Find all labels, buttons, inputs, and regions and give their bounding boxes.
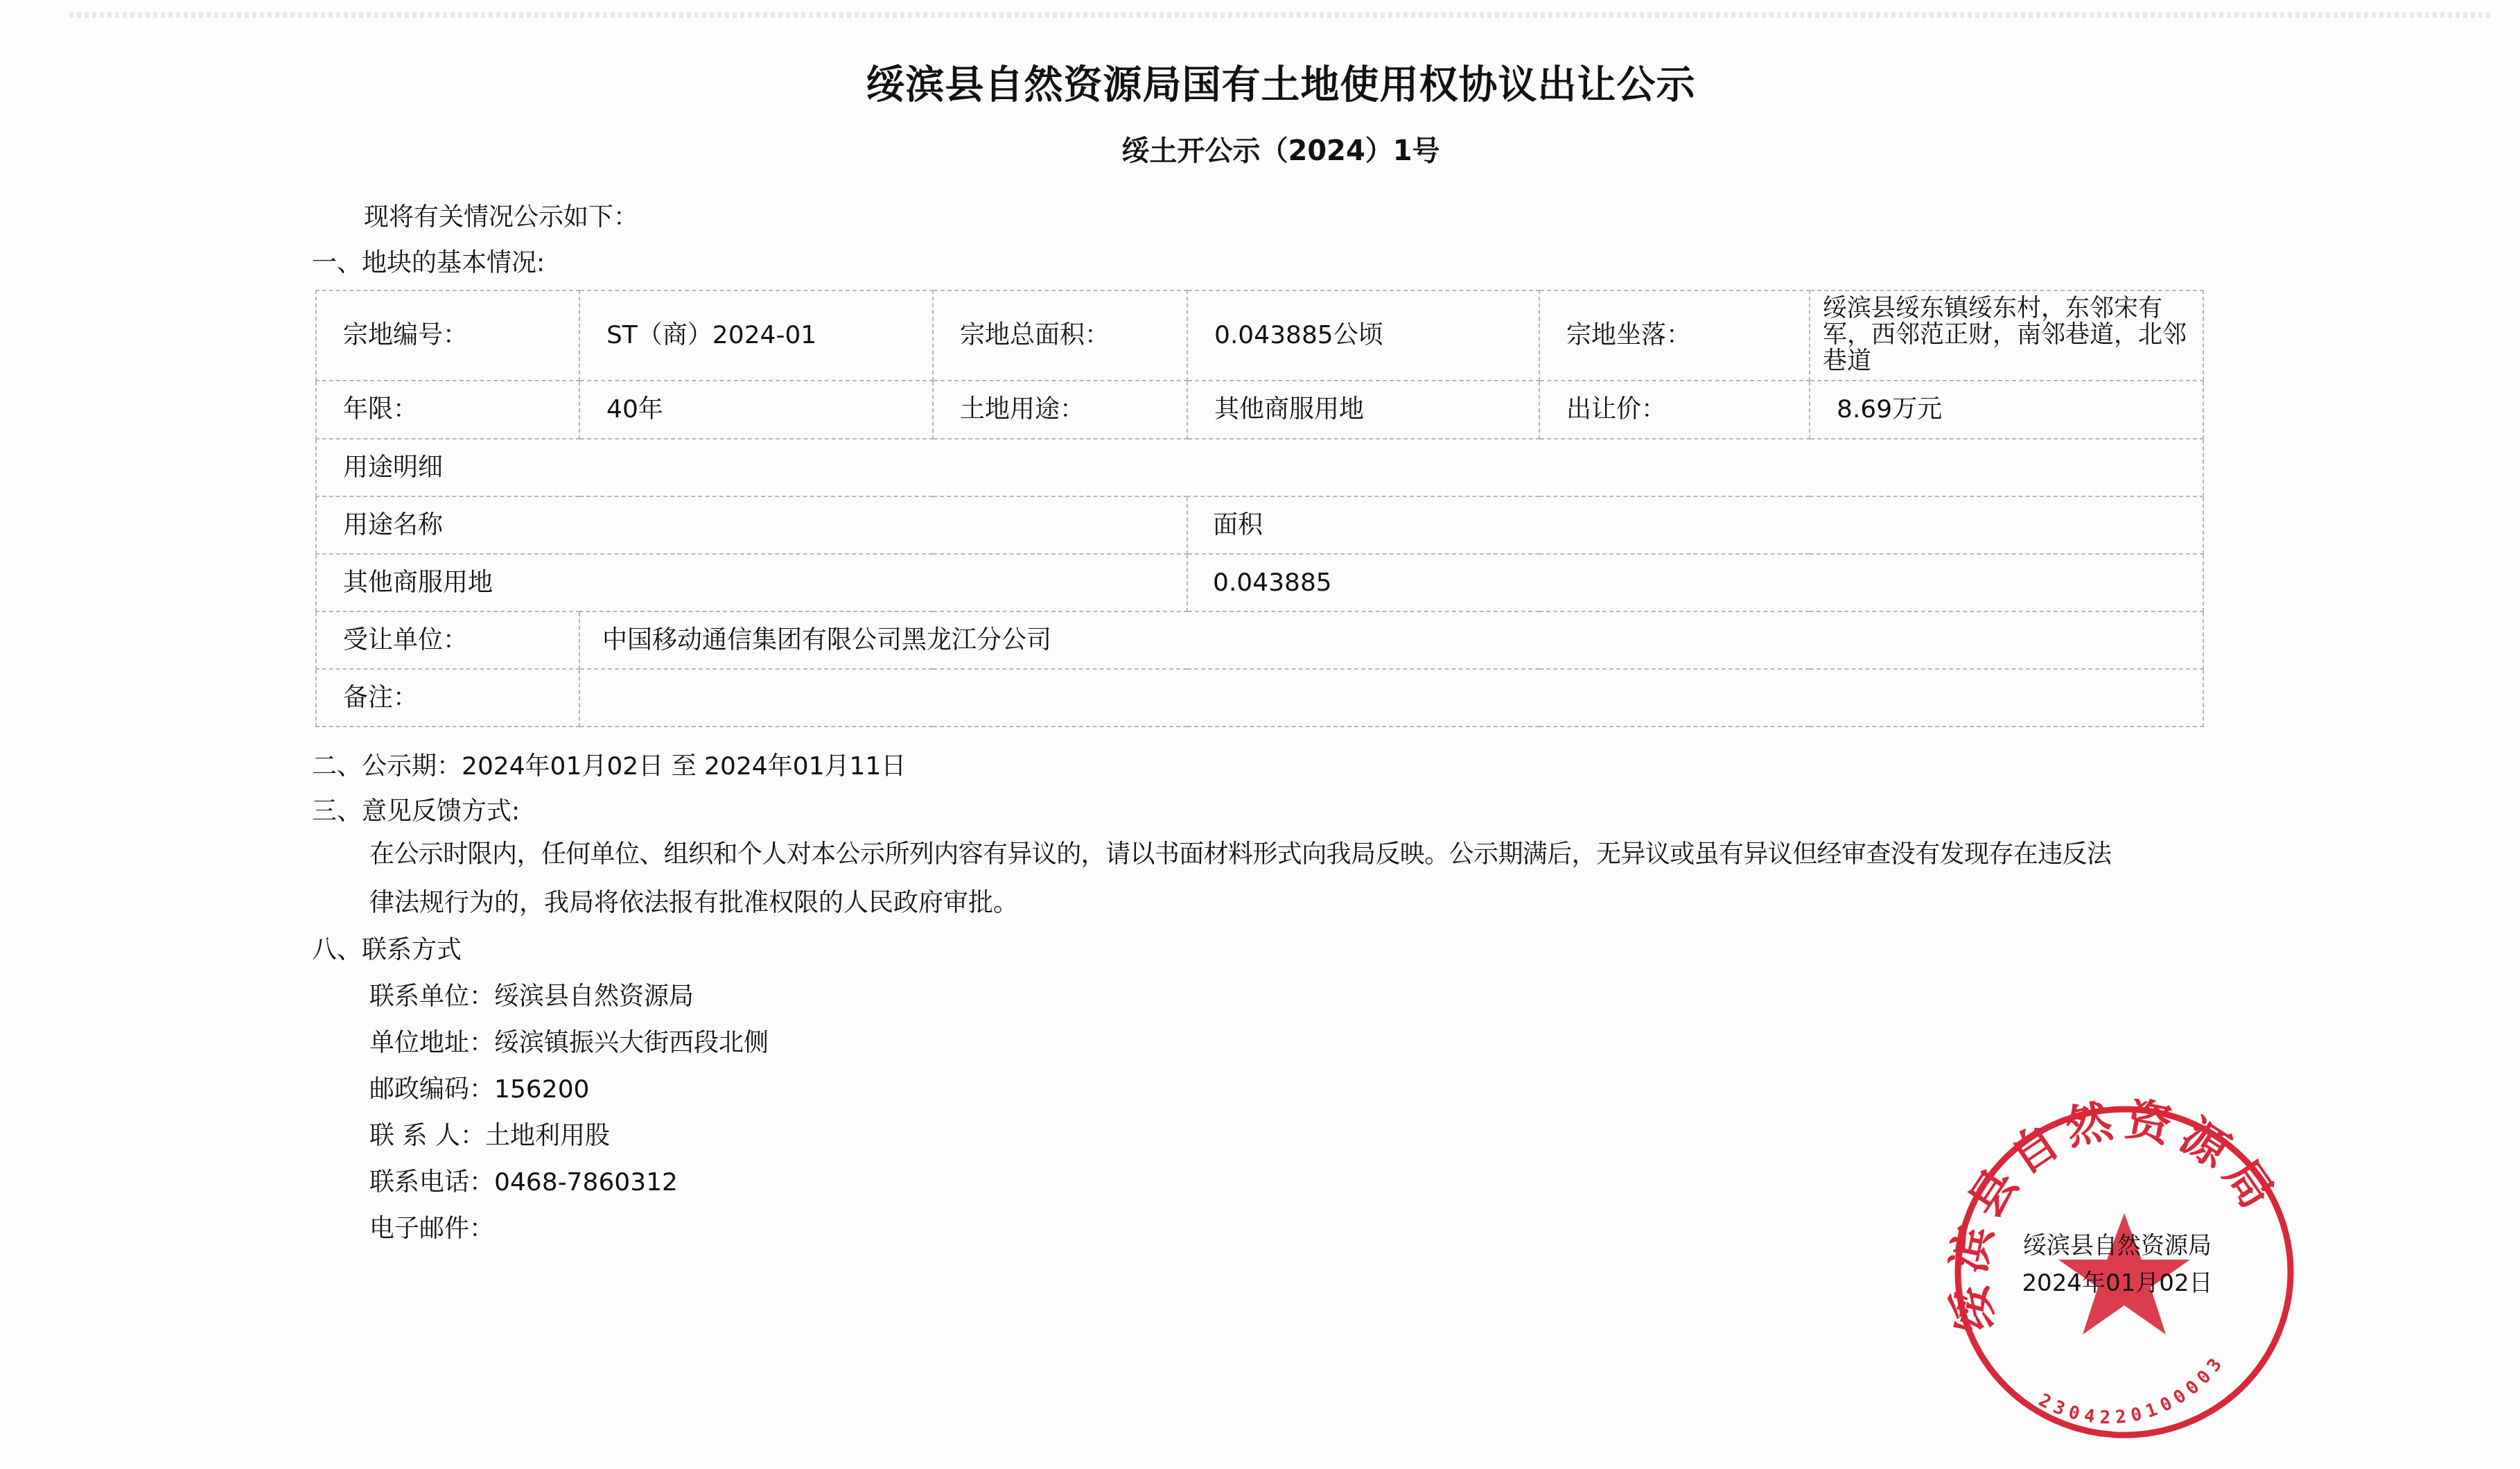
contact-label: 联 系 人： <box>369 1122 485 1150</box>
total-area-value: 0.043885公顷 <box>1187 290 1539 381</box>
section1-heading: 一、地块的基本情况: <box>312 251 545 276</box>
total-area-label: 宗地总面积： <box>933 290 1187 381</box>
location-value: 绥滨县绥东镇绥东村，东邻宋有军，西邻范正财，南邻巷道，北邻巷道 <box>1810 290 2203 381</box>
remarks-value <box>579 669 2203 727</box>
contact-label: 联系电话： <box>369 1168 494 1197</box>
contact-value: 绥滨镇振兴大街西段北侧 <box>494 1029 769 1057</box>
assignee-value: 中国移动通信集团有限公司黑龙江分公司 <box>579 611 2203 669</box>
table-row: 备注： <box>316 669 2203 727</box>
land-use-label: 土地用途： <box>933 381 1187 439</box>
contact-item-person: 联 系 人：土地利用股 <box>369 1124 610 1149</box>
table-row: 用途明细 <box>316 439 2203 496</box>
contact-value: 绥滨县自然资源局 <box>494 982 694 1011</box>
use-area-header: 面积 <box>1187 496 2203 554</box>
location-label: 宗地坐落： <box>1539 290 1810 381</box>
contact-item-address: 单位地址：绥滨镇振兴大街西段北侧 <box>369 1031 769 1056</box>
signature-date: 2024年01月02日 <box>2000 1264 2235 1302</box>
contact-item-email: 电子邮件： <box>369 1217 494 1242</box>
table-row: 其他商服用地 0.043885 <box>316 554 2203 611</box>
parcel-no-label: 宗地编号： <box>316 290 579 381</box>
term-value: 40年 <box>579 381 933 439</box>
contact-label: 联系单位： <box>369 982 494 1011</box>
signature-org: 绥滨县自然资源局 <box>2000 1227 2235 1264</box>
section3-body-line2: 律法规行为的，我局将依法报有批准权限的人民政府审批。 <box>369 891 1018 916</box>
use-name-cell: 其他商服用地 <box>316 554 1187 611</box>
table-row: 受让单位： 中国移动通信集团有限公司黑龙江分公司 <box>316 611 2203 669</box>
document-number: 绥土开公示（2024）1号 <box>0 129 2520 168</box>
contact-label: 单位地址： <box>369 1029 494 1057</box>
land-use-value: 其他商服用地 <box>1187 381 1539 439</box>
use-area-cell: 0.043885 <box>1187 554 2203 611</box>
use-detail-label: 用途明细 <box>316 439 2203 496</box>
section8-heading: 八、联系方式 <box>312 938 462 963</box>
intro-text: 现将有关情况公示如下： <box>364 205 638 230</box>
contact-label: 邮政编码： <box>369 1075 494 1104</box>
table-row: 用途名称 面积 <box>316 496 2203 554</box>
section2-publicity-period: 二、公示期：2024年01月02日 至 2024年01月11日 <box>312 754 906 779</box>
section3-body-line1: 在公示时限内，任何单位、组织和个人对本公示所列内容有异议的，请以书面材料形式向我… <box>369 842 2111 867</box>
contact-item-postcode: 邮政编码：156200 <box>369 1077 589 1102</box>
parcel-no-value: ST（商）2024-01 <box>579 290 933 381</box>
contact-item-unit: 联系单位：绥滨县自然资源局 <box>369 984 694 1009</box>
contact-value: 0468-7860312 <box>494 1168 678 1197</box>
page-title: 绥滨县自然资源局国有土地使用权协议出让公示 <box>0 54 2520 110</box>
term-label: 年限： <box>316 381 579 439</box>
signature-block: 绥滨县自然资源局 2024年01月02日 <box>2000 1227 2235 1303</box>
scan-artifact <box>69 12 2492 18</box>
contact-value: 156200 <box>494 1075 589 1104</box>
contact-label: 电子邮件： <box>369 1215 494 1243</box>
table-row: 年限： 40年 土地用途： 其他商服用地 出让价： 8.69万元 <box>316 381 2203 439</box>
section3-heading: 三、意见反馈方式: <box>312 799 520 824</box>
price-value: 8.69万元 <box>1810 381 2203 439</box>
contact-value: 土地利用股 <box>485 1122 610 1150</box>
contact-item-phone: 联系电话：0468-7860312 <box>369 1170 678 1195</box>
parcel-info-table: 宗地编号： ST（商）2024-01 宗地总面积： 0.043885公顷 宗地坐… <box>315 290 2204 727</box>
use-name-header: 用途名称 <box>316 496 1187 554</box>
price-label: 出让价： <box>1539 381 1810 439</box>
table-row: 宗地编号： ST（商）2024-01 宗地总面积： 0.043885公顷 宗地坐… <box>316 290 2203 381</box>
remarks-label: 备注： <box>316 669 579 727</box>
assignee-label: 受让单位： <box>316 611 579 669</box>
